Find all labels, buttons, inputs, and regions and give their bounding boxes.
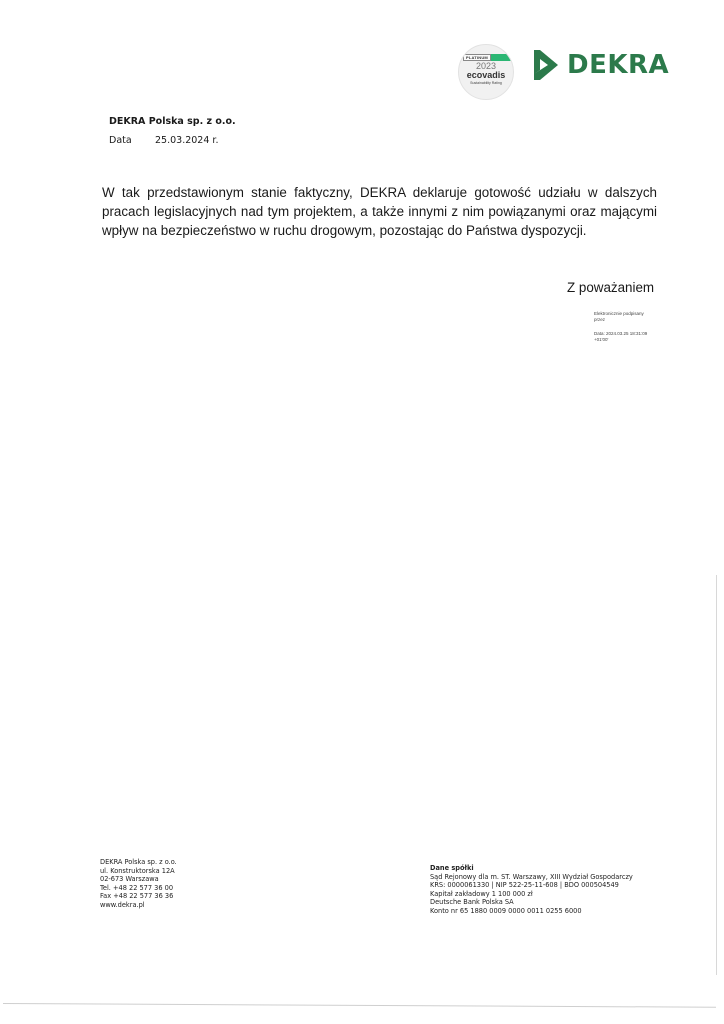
date-row: Data 25.03.2024 r. <box>109 135 236 146</box>
badge-ribbon: PLATINUM <box>463 54 511 61</box>
footer-company-line: Sąd Rejonowy dla m. ST. Warszawy, XIII W… <box>430 873 633 882</box>
badge-subtitle: Sustainability Rating <box>465 81 507 85</box>
footer-company-line: Kapitał zakładowy 1 100 000 zł <box>430 890 633 899</box>
date-value: 25.03.2024 r. <box>155 135 218 146</box>
footer-address: DEKRA Polska sp. z o.o. ul. Konstruktors… <box>100 858 177 910</box>
dekra-logo: DEKRA <box>534 50 669 80</box>
footer-phone: Tel. +48 22 577 36 00 <box>100 884 177 893</box>
footer-website[interactable]: www.dekra.pl <box>100 901 177 910</box>
scan-edge-bottom <box>3 1003 716 1008</box>
electronic-signature: Elektronicznie podpisany przez Data: 202… <box>594 311 674 343</box>
sender-company: DEKRA Polska sp. z o.o. <box>109 116 236 127</box>
footer-company-line: Konto nr 65 1880 0009 0000 0011 0255 600… <box>430 907 633 916</box>
badge-brand: ecovadis <box>459 71 513 80</box>
esig-timezone: +01'00' <box>594 337 674 343</box>
footer-company-line: KRS: 0000061330 | NIP 522-25-11-608 | BD… <box>430 881 633 890</box>
footer-address-line: DEKRA Polska sp. z o.o. <box>100 858 177 867</box>
closing-text: Z poważaniem <box>567 280 654 295</box>
footer-company-line: Deutsche Bank Polska SA <box>430 898 633 907</box>
badge-tier: PLATINUM <box>463 54 491 61</box>
footer-address-line: 02-673 Warszawa <box>100 875 177 884</box>
sender-block: DEKRA Polska sp. z o.o. Data 25.03.2024 … <box>109 116 236 146</box>
ecovadis-badge: PLATINUM 2023 ecovadis Sustainability Ra… <box>458 44 514 100</box>
logo-text: DEKRA <box>567 50 669 80</box>
footer-company-data: Dane spółki Sąd Rejonowy dla m. ST. Wars… <box>430 864 633 916</box>
scan-edge-right <box>716 575 717 975</box>
footer-address-line: ul. Konstruktorska 12A <box>100 867 177 876</box>
date-label: Data <box>109 135 155 146</box>
dekra-chevron-icon <box>534 50 558 80</box>
footer-company-data-title: Dane spółki <box>430 864 633 873</box>
badge-ribbon-accent <box>491 54 511 61</box>
body-paragraph: W tak przedstawionym stanie faktyczny, D… <box>102 183 657 240</box>
footer-fax: Fax +48 22 577 36 36 <box>100 892 177 901</box>
